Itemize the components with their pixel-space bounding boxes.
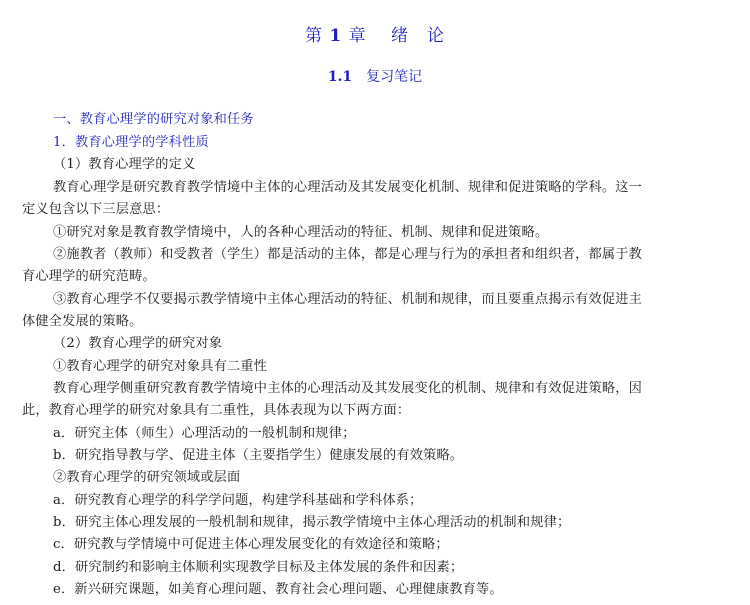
paragraph-line: ②教育心理学的研究领域或层面 bbox=[53, 469, 240, 487]
list-item: c．研究教与学情境中可促进主体心理发展变化的有效途径和策略； bbox=[53, 536, 449, 554]
section-name: 复习笔记 bbox=[366, 69, 422, 85]
list-item: d．研究制约和影响主体顺利实现教学目标及主体发展的条件和因素； bbox=[53, 559, 463, 577]
paragraph-line: 此，教育心理学的研究对象具有二重性，具体表现为以下两方面： bbox=[22, 402, 410, 420]
paragraph-line: 体健全发展的策略。 bbox=[22, 313, 143, 331]
paragraph-line: 育心理学的研究范畴。 bbox=[22, 268, 156, 286]
chapter-title: 第 1 章 绪 论 bbox=[0, 21, 750, 46]
paragraph-line: ②施教者（教师）和受教者（学生）都是活动的主体，都是心理与行为的承担者和组织者，… bbox=[53, 246, 642, 264]
chapter-suffix: 章 bbox=[349, 26, 367, 46]
list-item: a．研究主体（师生）心理活动的一般机制和规律； bbox=[53, 425, 356, 443]
heading-level-3-definition: （1）教育心理学的定义 bbox=[53, 156, 195, 174]
document-page: 第 1 章 绪 论 1.1复习笔记 一、教育心理学的研究对象和任务 1．教育心理… bbox=[0, 0, 750, 605]
paragraph-line: 定义包含以下三层意思： bbox=[22, 201, 169, 219]
paragraph-line: ③教育心理学不仅要揭示教学情境中主体心理活动的特征、机制和规律，而且要重点揭示有… bbox=[53, 291, 642, 309]
paragraph-line: ①研究对象是教育教学情境中，人的各种心理活动的特征、机制、规律和促进策略。 bbox=[53, 224, 548, 242]
heading-level-2: 1．教育心理学的学科性质 bbox=[53, 134, 209, 152]
list-item: a．研究教育心理学的科学学问题，构建学科基础和学科体系； bbox=[53, 492, 423, 510]
paragraph-line: 教育心理学是研究教育教学情境中主体的心理活动及其发展变化机制、规律和促进策略的学… bbox=[53, 179, 642, 197]
section-number: 1.1 bbox=[328, 69, 352, 85]
paragraph-line: ①教育心理学的研究对象具有二重性 bbox=[53, 358, 267, 376]
chapter-prefix: 第 bbox=[305, 26, 323, 46]
list-item: e．新兴研究课题，如美育心理问题、教育社会心理问题、心理健康教育等。 bbox=[53, 581, 503, 599]
list-item: b．研究主体心理发展的一般机制和规律，揭示教学情境中主体心理活动的机制和规律； bbox=[53, 514, 570, 532]
chapter-number: 1 bbox=[329, 26, 342, 46]
heading-level-1: 一、教育心理学的研究对象和任务 bbox=[53, 111, 254, 129]
chapter-name: 绪 论 bbox=[391, 26, 445, 46]
paragraph-line: 教育心理学侧重研究教育教学情境中主体的心理活动及其发展变化的机制、规律和有效促进… bbox=[53, 380, 642, 398]
list-item: b．研究指导教与学、促进主体（主要指学生）健康发展的有效策略。 bbox=[53, 447, 463, 465]
heading-level-3-object: （2）教育心理学的研究对象 bbox=[53, 335, 222, 353]
section-title: 1.1复习笔记 bbox=[0, 66, 750, 86]
